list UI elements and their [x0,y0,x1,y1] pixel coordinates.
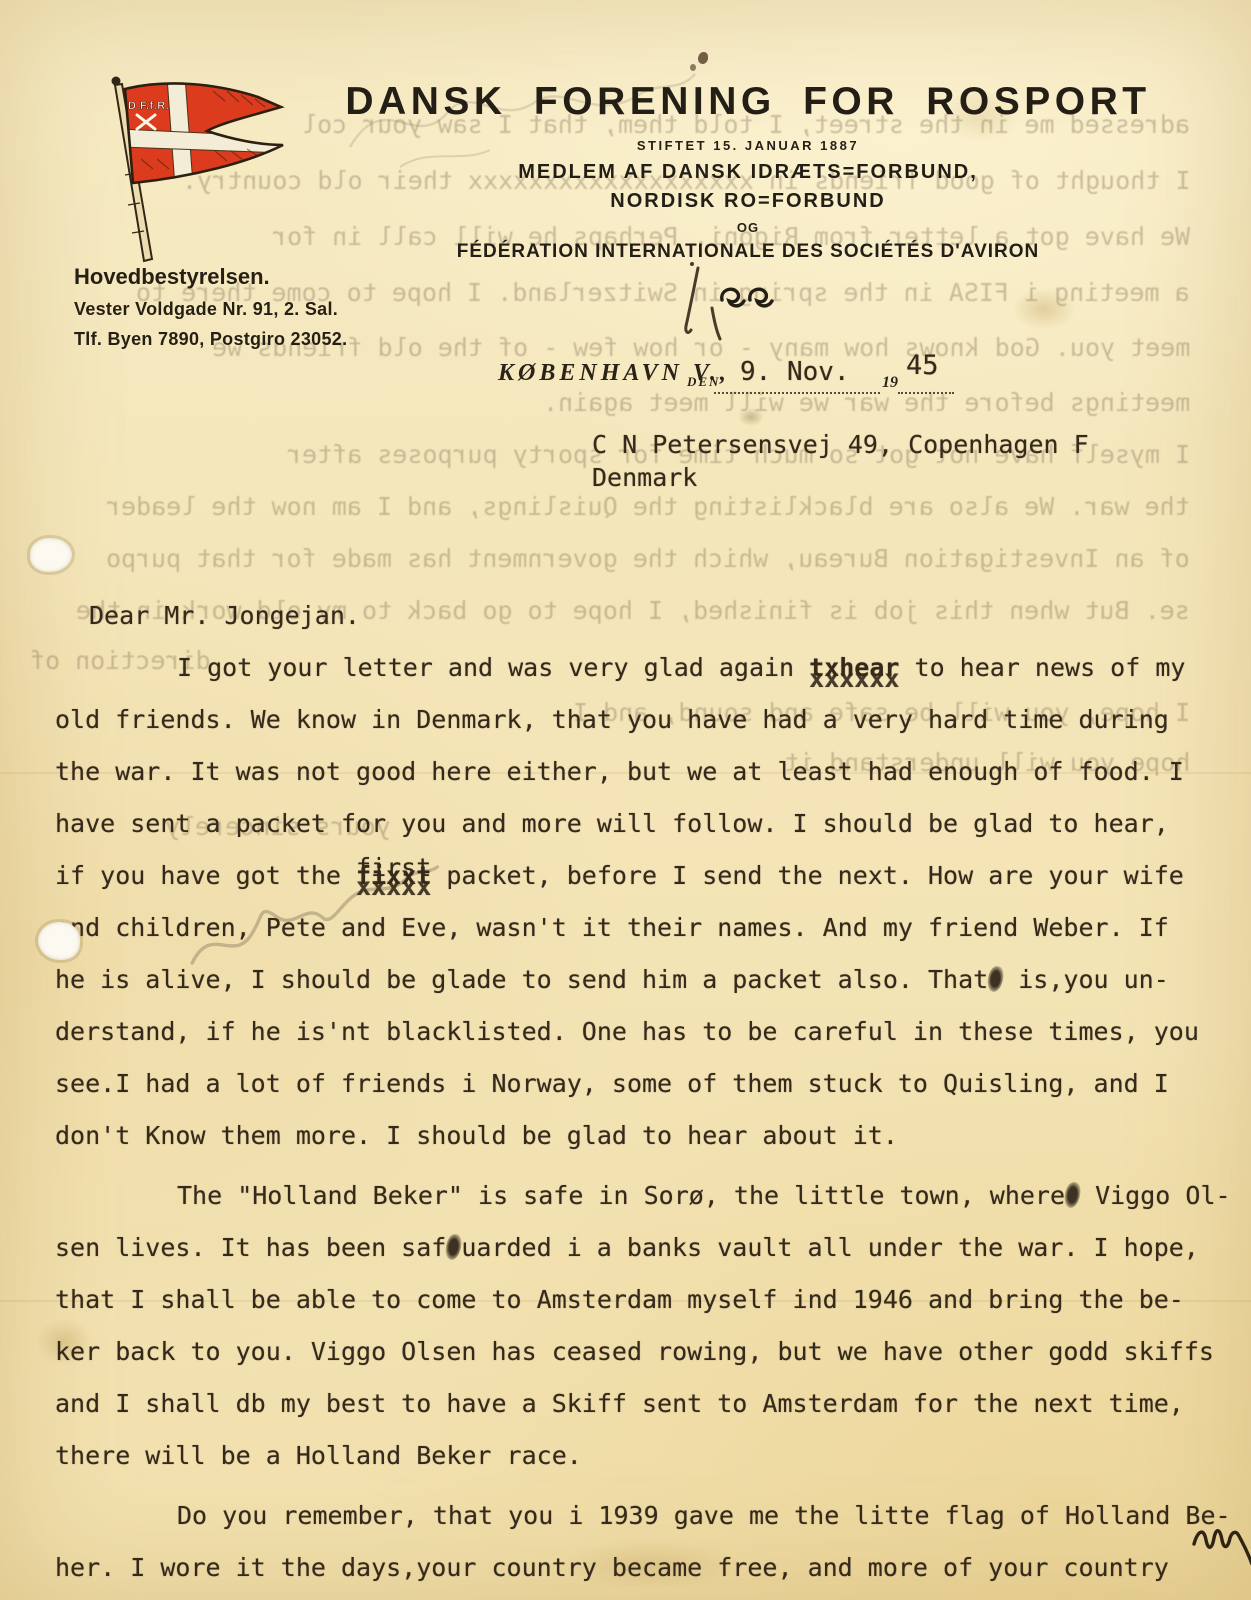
punch-hole [38,922,80,960]
recipient-line-1: C N Petersensvej 49, Copenhagen F [592,428,1089,461]
body-line: old friends. We know in Denmark, that yo… [55,694,1240,746]
overtyped-word: txhear [809,653,899,682]
paragraph: Do you remember, that you i 1939 gave me… [55,1490,1240,1594]
bleedthrough-line: the war. We also are blacklisting the Qu… [106,492,1190,521]
year-prefix: 19 [882,374,898,392]
body-line: that I shall be able to come to Amsterda… [55,1274,1240,1326]
conjunction-og: OG [737,220,759,235]
body-line: The "Holland Beker" is safe in Sorø, the… [55,1170,1240,1222]
punch-hole [30,538,72,572]
letter-page: adressed me in the street, I told them, … [0,0,1251,1600]
typed-date: 9. Nov. [740,357,850,387]
ink-blot [1063,1181,1081,1209]
flag-label: D.F.f.R. [128,100,169,112]
recipient-block: C N Petersensvej 49, Copenhagen F Denmar… [592,428,1089,494]
body-line: and I shall db my best to have a Skiff s… [55,1378,1240,1430]
pen-marks [672,262,742,352]
body-line: if you have got the firstfixxt packet, b… [55,850,1240,902]
board-title: Hovedbestyrelsen. [74,264,347,290]
body-line: I got your letter and was very glad agai… [55,642,1240,694]
recipient-line-2: Denmark [592,461,1089,494]
letter-body: Dear Mr. Jongejan. I got your letter and… [55,590,1240,1594]
ink-blot [986,965,1004,993]
body-line: see.I had a lot of friends i Norway, som… [55,1058,1240,1110]
member-line-2: NORDISK RO=FORBUND [610,190,885,213]
bleedthrough-line: of an Investigation Bureau, which the go… [106,544,1190,573]
salutation: Dear Mr. Jongejan. [89,590,1240,642]
body-line: the war. It was not good here either, bu… [55,746,1240,798]
board-block: Hovedbestyrelsen. Vester Voldgade Nr. 91… [74,264,347,350]
body-line: there will be a Holland Beker race. [55,1430,1240,1482]
pole-finial [112,77,121,86]
body-line: her. I wore it the days,your country bec… [55,1542,1240,1594]
paragraphs: I got your letter and was very glad agai… [55,642,1240,1594]
body-line: and children, Pete and Eve, wasn't it th… [55,902,1240,954]
body-line: he is alive, I should be glade to send h… [55,954,1240,1006]
body-line: Do you remember, that you i 1939 gave me… [55,1490,1240,1542]
paragraph: I got your letter and was very glad agai… [55,642,1240,1162]
body-line: derstand, if he is'nt blacklisted. One h… [55,1006,1240,1058]
ink-blot [445,1233,463,1261]
board-phone: Tlf. Byen 7890, Postgiro 23052. [74,329,347,350]
member-line-3: FÉDÉRATION INTERNATIONALE DES SOCIÉTÉS D… [457,241,1040,263]
body-line: don't Know them more. I should be glad t… [55,1110,1240,1162]
handwritten-mark [1192,1522,1251,1572]
board-address: Vester Voldgade Nr. 91, 2. Sal. [74,299,347,320]
paragraph: The "Holland Beker" is safe in Sorø, the… [55,1170,1240,1482]
body-line: have sent a packet for you and more will… [55,798,1240,850]
typed-year: 45 [906,350,939,381]
body-line: ker back to you. Viggo Olsen has ceased … [55,1326,1240,1378]
org-name: DANSK FORENING FOR ROSPORT [345,80,1150,124]
body-line: sen lives. It has been safuarded i a ban… [55,1222,1240,1274]
overtyped-word: fixxt [356,861,431,890]
founded-line: STIFTET 15. JANUAR 1887 [637,138,859,153]
member-line-1: MEDLEM AF DANSK IDRÆTS=FORBUND, [518,161,978,184]
club-flag: D.F.f.R. [95,55,295,265]
